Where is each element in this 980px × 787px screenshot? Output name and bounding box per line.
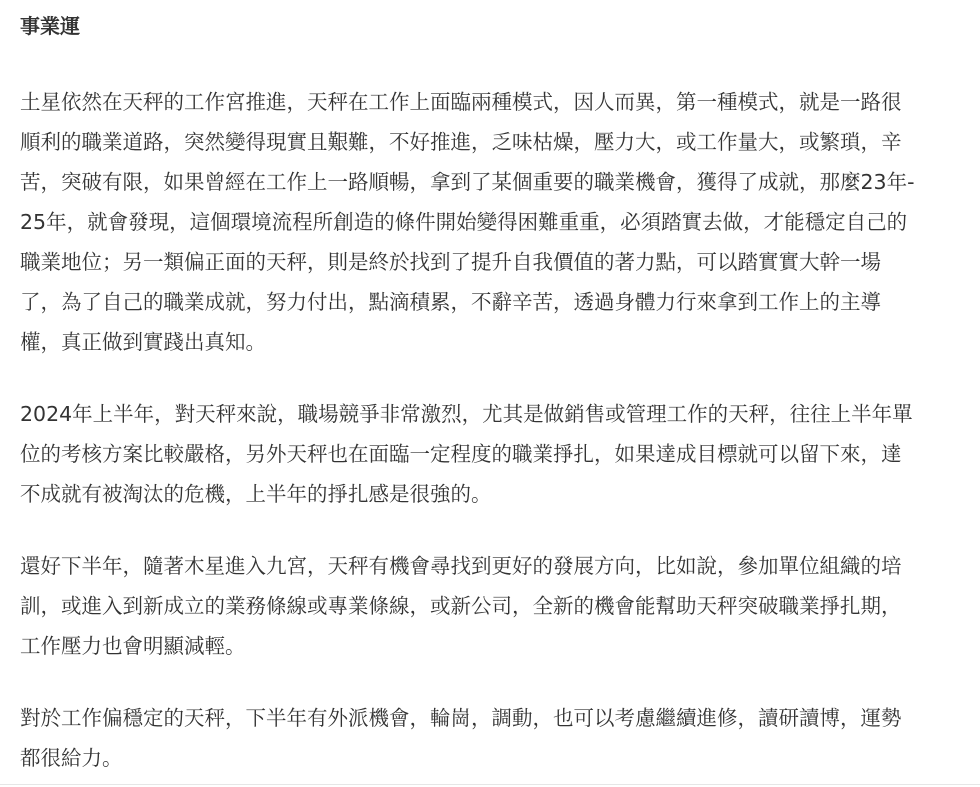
paragraph-stable-work: 對於工作偏穩定的天秤，下半年有外派機會，輪崗，調動，也可以考慮繼續進修，讀研讀博… [20,698,980,778]
paragraph-line: 苦，突破有限，如果曾經在工作上一路順暢，拿到了某個重要的職業機會，獲得了成就，那… [20,162,980,202]
paragraph-saturn-career: 土星依然在天秤的工作宮推進，天秤在工作上面臨兩種模式，因人而異，第一種模式，就是… [20,82,980,362]
paragraph-line: 順利的職業道路，突然變得現實且艱難，不好推進，乏味枯燥，壓力大，或工作量大，或繁… [20,122,980,162]
paragraph-line: 位的考核方案比較嚴格，另外天秤也在面臨一定程度的職業掙扎，如果達成目標就可以留下… [20,434,980,474]
bottom-divider [0,784,980,785]
paragraph-line: 職業地位；另一類偏正面的天秤，則是終於找到了提升自我價值的著力點，可以踏實實大幹… [20,242,980,282]
paragraph-line: 2024年上半年，對天秤來說，職場競爭非常激烈，尤其是做銷售或管理工作的天秤，往… [20,394,980,434]
paragraph-line: 不成就有被淘汰的危機，上半年的掙扎感是很強的。 [20,474,980,514]
paragraph-line: 25年，就會發現，這個環境流程所創造的條件開始變得困難重重，必須踏實去做，才能穩… [20,202,980,242]
paragraph-line: 了，為了自己的職業成就，努力付出，點滴積累，不辭辛苦，透過身體力行來拿到工作上的… [20,282,980,322]
paragraph-line: 訓，或進入到新成立的業務條線或專業條線，或新公司，全新的機會能幫助天秤突破職業掙… [20,586,980,626]
paragraph-line: 工作壓力也會明顯減輕。 [20,626,980,666]
paragraph-line: 權，真正做到實踐出真知。 [20,322,980,362]
section-title: 事業運 [20,11,80,41]
paragraph-second-half: 還好下半年，隨著木星進入九宮，天秤有機會尋找到更好的發展方向，比如說，參加單位組… [20,546,980,666]
paragraph-line: 都很給力。 [20,738,980,778]
paragraph-first-half-2024: 2024年上半年，對天秤來說，職場競爭非常激烈，尤其是做銷售或管理工作的天秤，往… [20,394,980,514]
paragraph-line: 對於工作偏穩定的天秤，下半年有外派機會，輪崗，調動，也可以考慮繼續進修，讀研讀博… [20,698,980,738]
paragraph-line: 還好下半年，隨著木星進入九宮，天秤有機會尋找到更好的發展方向，比如說，參加單位組… [20,546,980,586]
paragraph-line: 土星依然在天秤的工作宮推進，天秤在工作上面臨兩種模式，因人而異，第一種模式，就是… [20,82,980,122]
